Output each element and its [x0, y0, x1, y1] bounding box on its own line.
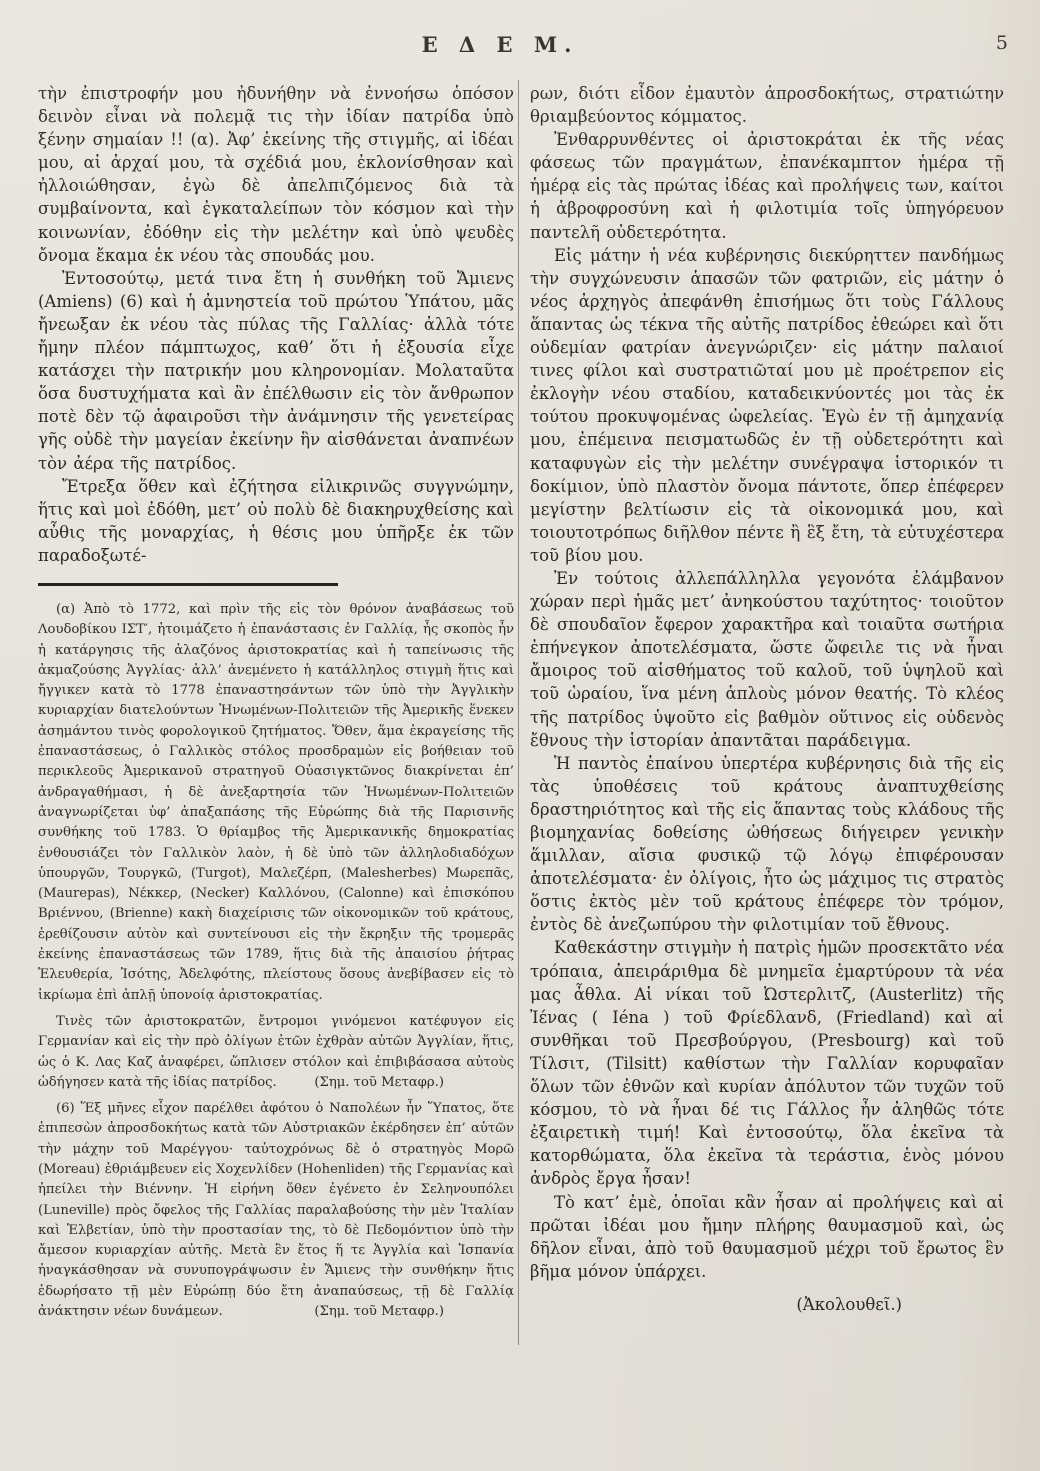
- footnote-text: (6) Ἕξ μῆνες εἶχον παρέλθει ἀφότου ὁ Ναπ…: [38, 1101, 514, 1319]
- right-column: ρων, διότι εἶδον ἐμαυτὸν ἀπροσδοκήτως, σ…: [530, 82, 1004, 1332]
- body-paragraph: τὴν ἐπιστροφήν μου ἠδυνήθην νὰ ἐννοήσω ὁ…: [38, 82, 514, 267]
- body-paragraph: Καθεκάστην στιγμὴν ἡ πατρὶς ἡμῶν προσεκτ…: [530, 936, 1004, 1190]
- footnote-text: (α) Ἀπὸ τὸ 1772, καὶ πρὶν τῆς εἰς τὸν θρ…: [38, 602, 514, 1003]
- body-paragraph: Ἡ παντὸς ἐπαίνου ὑπερτέρα κυβέρνησις διὰ…: [530, 752, 1004, 937]
- translator-note-signature: (Σημ. τοῦ Μεταφρ.): [296, 1302, 444, 1322]
- body-paragraph: Ἐνθαρρυνθέντες οἱ ἀριστοκράται ἐκ τῆς νέ…: [530, 128, 1004, 243]
- left-column: τὴν ἐπιστροφήν μου ἠδυνήθην νὰ ἐννοήσω ὁ…: [38, 82, 514, 1328]
- column-divider: [518, 80, 519, 1345]
- page-title: Ε Δ Ε Μ.: [0, 32, 1000, 57]
- body-paragraph: Ἔτρεξα ὅθεν καὶ ἐζήτησα εἰλικρινῶς συγγν…: [38, 475, 514, 567]
- footnote: (α) Ἀπὸ τὸ 1772, καὶ πρὶν τῆς εἰς τὸν θρ…: [38, 600, 514, 1006]
- to-be-continued-note: (Ἀκολουθεῖ.): [530, 1293, 1004, 1316]
- body-paragraph: Εἰς μάτην ἡ νέα κυβέρνησις διεκύρηττεν π…: [530, 244, 1004, 567]
- scanned-page: Ε Δ Ε Μ. 5 τὴν ἐπιστροφήν μου ἠδυνήθην ν…: [0, 0, 1040, 1471]
- footnote: Τινὲς τῶν ἀριστοκρατῶν, ἔντρομοι γινόμεν…: [38, 1012, 514, 1093]
- body-paragraph: Ἐν τούτοις ἀλλεπάλληλλα γεγονότα ἐλάμβαν…: [530, 567, 1004, 752]
- body-paragraph: Τὸ κατ’ ἐμὲ, ὁποῖαι κἂν ἦσαν αἱ προλήψει…: [530, 1191, 1004, 1283]
- translator-note-signature: (Σημ. τοῦ Μεταφρ.): [296, 1073, 444, 1093]
- page-number: 5: [996, 32, 1008, 54]
- body-paragraph: ρων, διότι εἶδον ἐμαυτὸν ἀπροσδοκήτως, σ…: [530, 82, 1004, 128]
- footnote: (6) Ἕξ μῆνες εἶχον παρέλθει ἀφότου ὁ Ναπ…: [38, 1099, 514, 1322]
- footnote-separator-rule: [38, 583, 338, 586]
- body-paragraph: Ἐντοσούτῳ, μετά τινα ἔτη ἡ συνθήκη τοῦ Ἄ…: [38, 267, 514, 475]
